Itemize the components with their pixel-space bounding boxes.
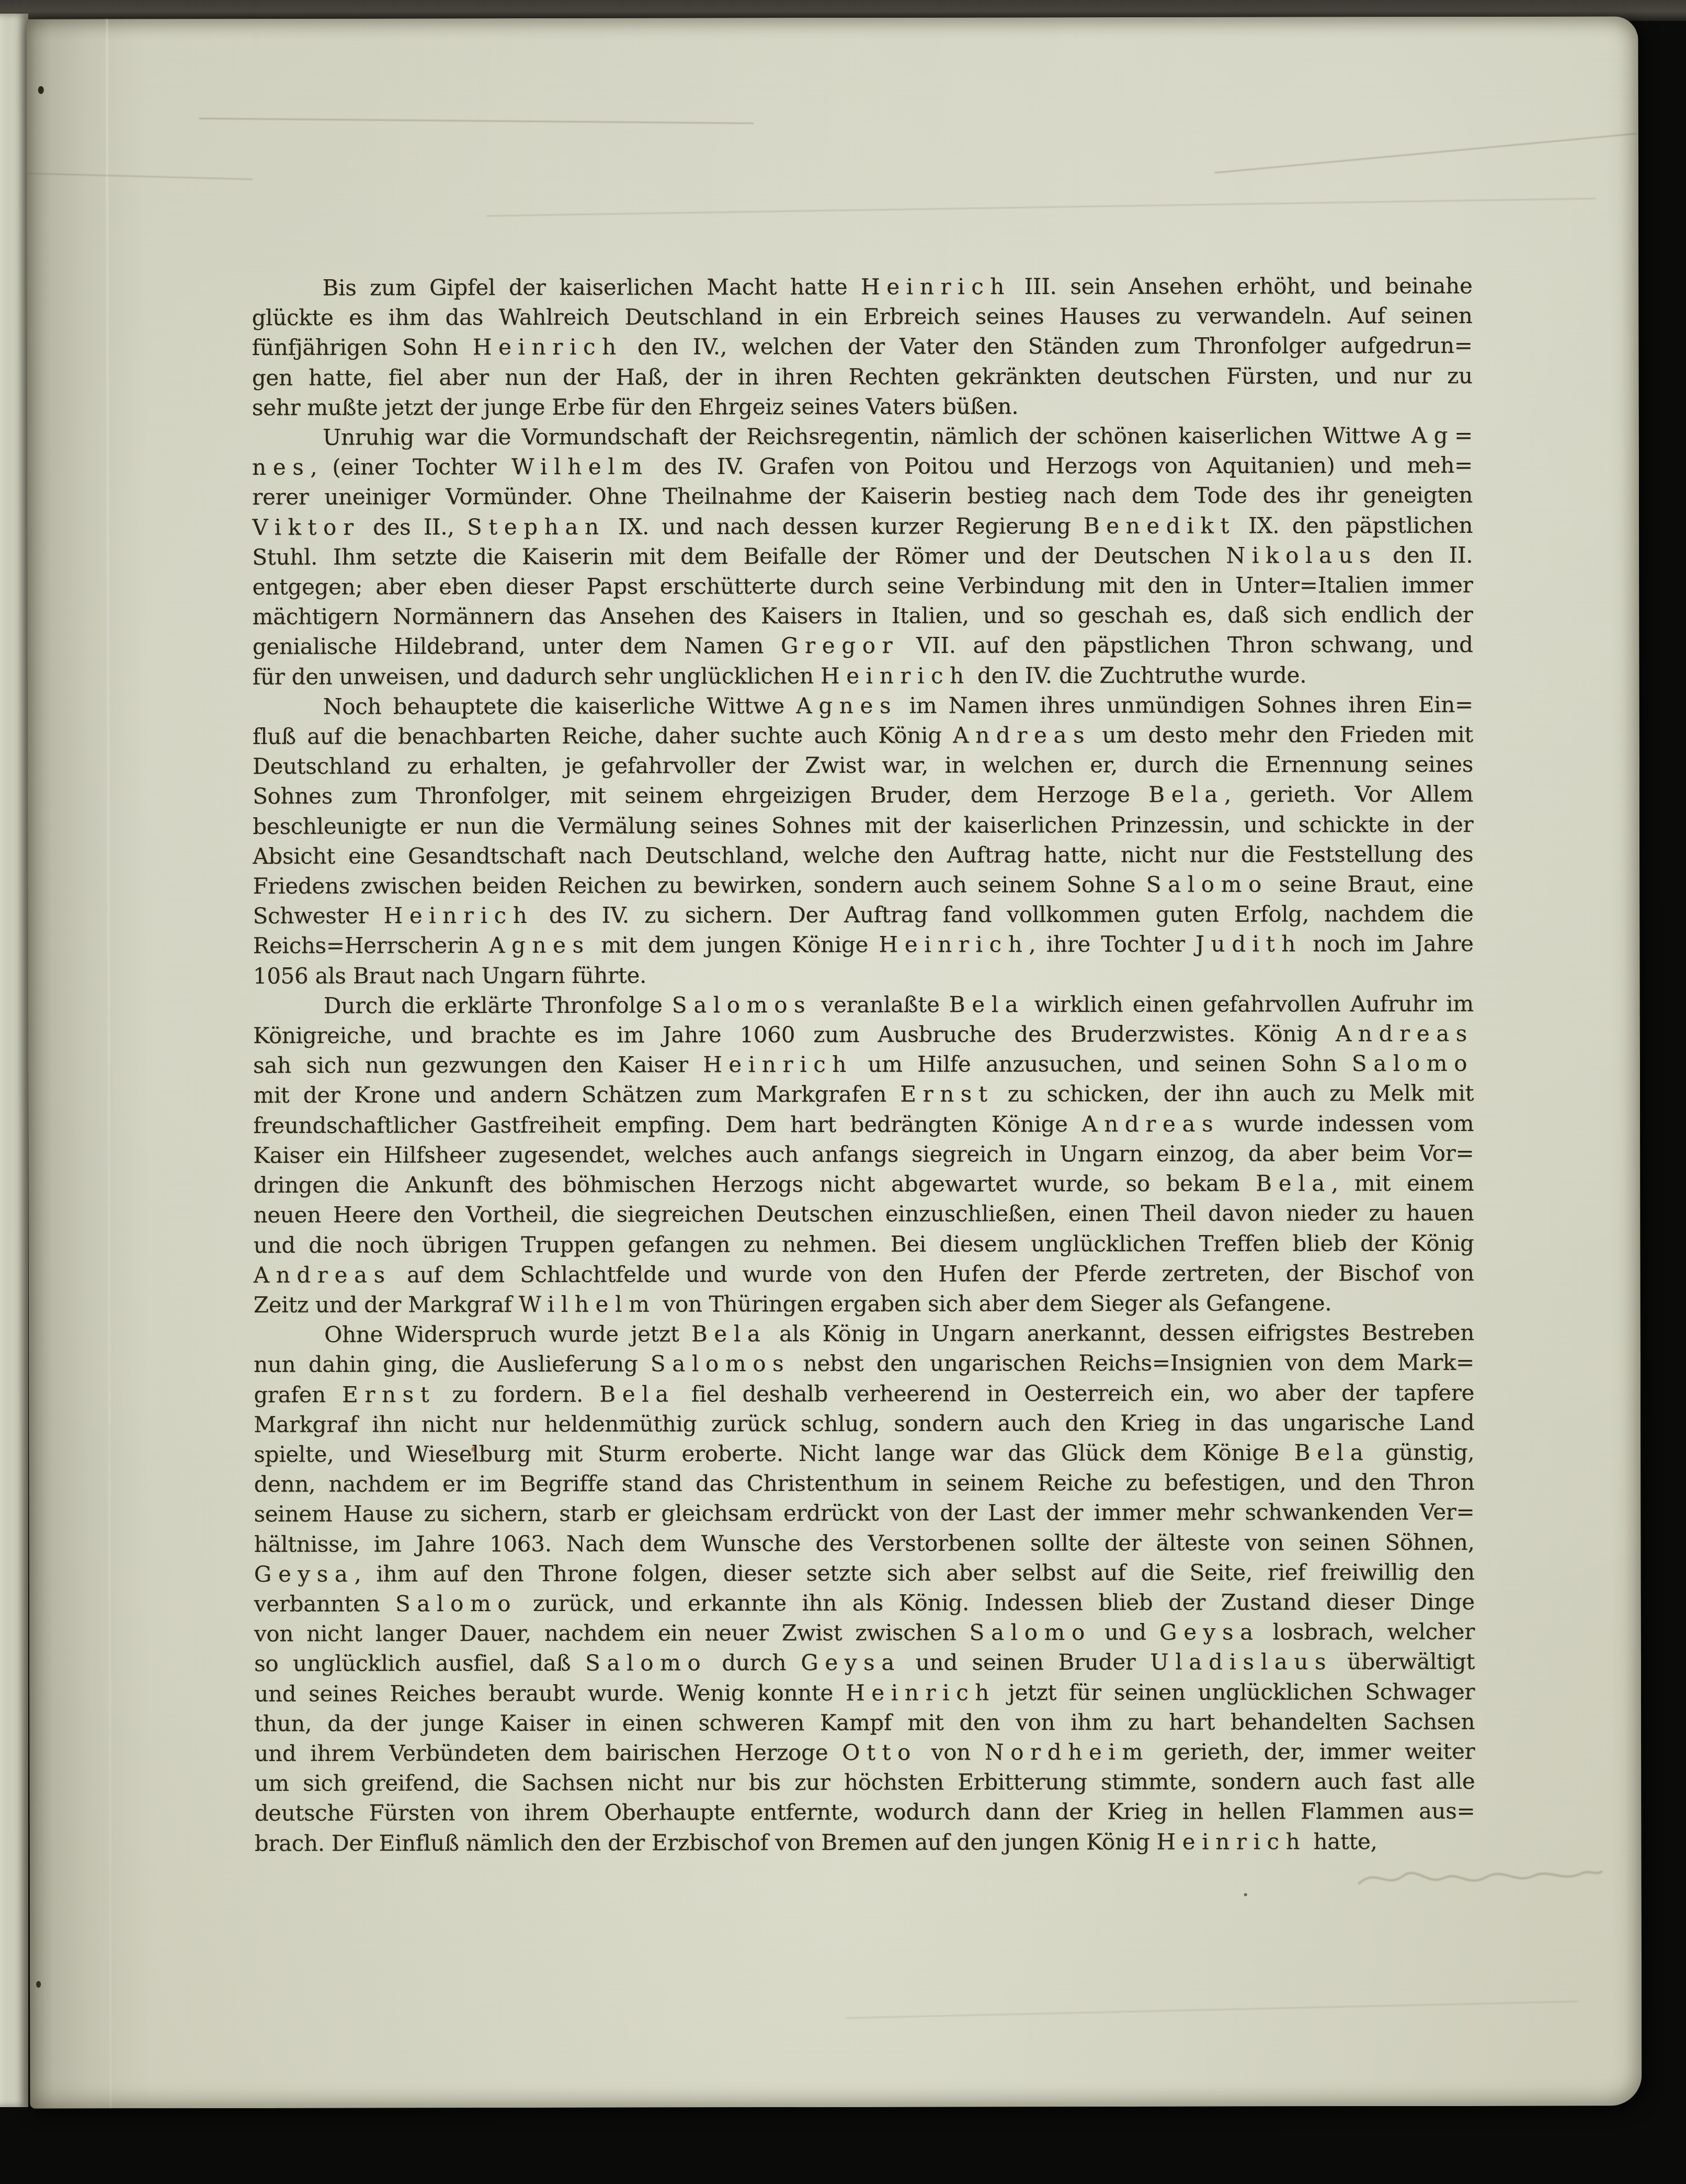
text-line-p2-3: rerer uneiniger Vormünder. Ohne Theilnah… — [252, 480, 1473, 512]
text-line-p5-4: Markgraf ihn nicht nur heldenmüthig zurü… — [254, 1408, 1474, 1439]
text-line-p3-9: Reichs=Herrscherin Agnes mit dem jungen … — [253, 929, 1474, 960]
text-line-p3-10: 1056 als Braut nach Ungarn führte. — [253, 959, 1474, 991]
text-line-p1-2: glückte es ihm das Wahlreich Deutschland… — [252, 301, 1472, 333]
paper-crease — [1215, 133, 1637, 174]
letterspaced-name: Bela — [1148, 782, 1224, 807]
letterspaced-name: Bela — [949, 991, 1025, 1017]
binding-hole-speck — [38, 86, 44, 94]
letterspaced-name: Heinrich — [821, 662, 971, 689]
text-line-p5-12: so unglücklich ausfiel, daß Salomo durch… — [254, 1646, 1475, 1678]
letterspaced-name: Wilhelm — [519, 1291, 656, 1317]
letterspaced-name: Salomo — [970, 1619, 1091, 1645]
letterspaced-name: Geysa — [254, 1561, 355, 1586]
text-line-p4-7: dringen die Ankunft des böhmischen Herzo… — [253, 1168, 1474, 1200]
text-line-p5-18: brach. Der Einfluß nämlich den der Erzbi… — [255, 1826, 1475, 1858]
letterspaced-name: Salomo — [395, 1591, 517, 1616]
binding-hole-speck — [36, 1981, 41, 1988]
letterspaced-name: Agnes — [796, 693, 897, 718]
text-line-p3-5: beschleunigte er nun die Vermälung seine… — [253, 809, 1473, 841]
letterspaced-name: Wilhelm — [511, 454, 649, 479]
paper-crease — [487, 198, 1596, 216]
text-line-p4-11: Zeitz und der Markgraf Wilhelm von Thüri… — [254, 1288, 1474, 1320]
text-line-p1-4: gen hatte, fiel aber nun der Haß, der in… — [252, 360, 1473, 392]
letterspaced-name: Andreas — [953, 722, 1091, 748]
paper-crease — [846, 2001, 1578, 2019]
text-line-p5-15: und ihrem Verbündeten dem bairischen Her… — [254, 1736, 1475, 1768]
text-line-p4-4: mit der Krone und andern Schätzen zum Ma… — [253, 1078, 1474, 1110]
text-line-p5-6: denn, nachdem er im Begriffe stand das C… — [254, 1467, 1474, 1499]
letterspaced-name: Geysa — [801, 1650, 901, 1675]
letterspaced-name: Geysa — [1159, 1619, 1260, 1645]
letterspaced-name: Salomos — [651, 1351, 790, 1376]
text-line-p4-1: Durch die erklärte Thronfolge Salomos ve… — [253, 989, 1474, 1021]
letterspaced-name: Heinrich — [861, 273, 1011, 300]
text-line-p3-2: fluß auf die benachbarten Reiche, daher … — [253, 719, 1473, 751]
letterspaced-name: Heinrich — [846, 1679, 996, 1706]
letterspaced-name: Ernst — [900, 1081, 994, 1107]
letterspaced-name: Viktor — [252, 514, 360, 540]
text-line-p2-7: mächtigern Normännern das Ansehen des Ka… — [252, 600, 1473, 632]
letterspaced-name: Salomo — [585, 1650, 707, 1676]
text-line-p1-5: sehr mußte jetzt der junge Erbe für den … — [252, 391, 1473, 422]
text-line-p3-7: Friedens zwischen beiden Reichen zu bewi… — [253, 869, 1473, 901]
text-line-p2-5: Stuhl. Ihm setzte die Kaiserin mit dem B… — [252, 540, 1473, 572]
text-line-p3-8: Schwester Heinrich des IV. zu sichern. D… — [253, 899, 1473, 931]
text-line-p4-5: freundschaftlicher Gastfreiheit empfing.… — [253, 1108, 1474, 1140]
text-line-p4-2: Königreiche, und brachte es im Jahre 106… — [253, 1019, 1474, 1050]
text-line-p4-3: sah sich nun gezwungen den Kaiser Heinri… — [253, 1048, 1474, 1080]
letterspaced-name: Uladislaus — [1150, 1649, 1332, 1675]
text-line-p2-4: Viktor des II., Stephan IX. und nach des… — [252, 510, 1473, 542]
binding-fold-ridge — [106, 19, 112, 2108]
text-line-p3-1: Noch behauptete die kaiserliche Wittwe A… — [253, 690, 1473, 722]
text-line-p5-9: Geysa, ihm auf den Throne folgen, dieser… — [254, 1557, 1475, 1589]
text-line-p2-1: Unruhig war die Vormundschaft der Reichs… — [252, 420, 1473, 452]
letterspaced-name: Salomo — [1352, 1050, 1474, 1076]
text-line-p4-6: Kaiser ein Hilfsheer zugesendet, welches… — [253, 1138, 1474, 1170]
adjacent-page-edge — [0, 14, 28, 2107]
letterspaced-name: Andreas — [1336, 1021, 1474, 1046]
text-line-p5-5: spielte, und Wieselburg mit Sturm erober… — [254, 1437, 1474, 1469]
letterspaced-name: Andreas — [254, 1262, 392, 1287]
text-line-p5-16: um sich greifend, die Sachsen nicht nur … — [254, 1766, 1475, 1798]
letterspaced-name: Judith — [1195, 931, 1302, 957]
letterspaced-name: nes — [252, 454, 310, 480]
text-line-p5-7: seinem Hause zu sichern, starb er gleich… — [254, 1497, 1474, 1529]
letterspaced-name: Bela — [1256, 1170, 1331, 1196]
letterspaced-name: Benedikt — [1084, 512, 1236, 539]
letterspaced-name: Otto — [842, 1740, 917, 1765]
text-line-p5-13: und seines Reiches beraubt wurde. Wenig … — [254, 1676, 1475, 1708]
letterspaced-name: Ernst — [342, 1381, 436, 1407]
letterspaced-name: Salomos — [672, 992, 812, 1017]
text-line-p2-9: für den unweisen, und dadurch sehr unglü… — [253, 660, 1473, 692]
text-line-p2-2: nes, (einer Tochter Wilhelm des IV. Graf… — [252, 450, 1473, 482]
text-block: Bis zum Gipfel der kaiserlichen Macht ha… — [252, 271, 1475, 1858]
letterspaced-name: Gregor — [781, 633, 899, 658]
text-line-p1-1: Bis zum Gipfel der kaiserlichen Macht ha… — [252, 271, 1472, 303]
letterspaced-name: Agnes — [489, 932, 590, 958]
letterspaced-name: Heinrich — [879, 932, 1029, 958]
text-line-p5-17: deutsche Fürsten von ihrem Oberhaupte en… — [254, 1796, 1475, 1828]
text-line-p5-2: nun dahin ging, die Auslieferung Salomos… — [254, 1347, 1474, 1379]
foxing-spot — [1244, 1893, 1247, 1896]
book-page: Bis zum Gipfel der kaiserlichen Macht ha… — [27, 16, 1642, 2108]
letterspaced-name: Salomo — [1146, 872, 1268, 897]
book-scan: Bis zum Gipfel der kaiserlichen Macht ha… — [0, 0, 1686, 2184]
text-line-p3-6: Absicht eine Gesandtschaft nach Deutschl… — [253, 839, 1473, 871]
letterspaced-name: Bela — [1294, 1439, 1370, 1465]
letterspaced-name: Nordheim — [985, 1739, 1149, 1765]
letterspaced-name: Andreas — [1081, 1111, 1220, 1136]
paper-crease — [199, 118, 754, 124]
text-line-p3-3: Deutschland zu erhalten, je gefahrvoller… — [253, 749, 1473, 781]
text-line-p5-14: thun, da der junge Kaiser in einen schwe… — [254, 1707, 1475, 1739]
text-line-p2-6: entgegen; aber eben dieser Papst erschüt… — [252, 570, 1473, 602]
text-line-p5-10: verbannten Salomo zurück, und erkannte i… — [254, 1587, 1475, 1619]
text-line-p1-3: fünfjährigen Sohn Heinrich den IV., welc… — [252, 330, 1473, 362]
text-line-p5-11: von nicht langer Dauer, nachdem ein neue… — [254, 1617, 1475, 1649]
letterspaced-name: Ag — [1411, 422, 1455, 448]
text-line-p3-4: Sohnes zum Thronfolger, mit seinem ehrge… — [253, 779, 1473, 811]
ink-bleedthrough-marks — [1355, 1858, 1606, 1895]
paper-crease — [28, 173, 253, 180]
text-line-p5-1: Ohne Widerspruch wurde jetzt Bela als Kö… — [254, 1318, 1474, 1350]
text-line-p5-8: hältnisse, im Jahre 1063. Nach dem Wunsc… — [254, 1527, 1475, 1559]
text-line-p2-8: genialische Hildebrand, unter dem Namen … — [253, 630, 1473, 661]
letterspaced-name: Nikolaus — [1226, 542, 1377, 568]
text-line-p5-3: grafen Ernst zu fordern. Bela fiel desha… — [254, 1377, 1474, 1409]
text-line-p4-8: neuen Heere den Vortheil, die siegreiche… — [253, 1198, 1474, 1230]
letterspaced-name: Heinrich — [473, 334, 623, 360]
letterspaced-name: Bela — [691, 1321, 767, 1346]
letterspaced-name: Heinrich — [383, 902, 533, 929]
letterspaced-name: Stephan — [467, 513, 606, 539]
text-line-p4-10: Andreas auf dem Schlachtfelde und wurde … — [254, 1258, 1474, 1290]
letterspaced-name: Heinrich — [703, 1051, 853, 1078]
letterspaced-name: Heinrich — [1156, 1828, 1306, 1855]
letterspaced-name: Bela — [599, 1381, 675, 1407]
text-line-p4-9: und die noch übrigen Truppen gefangen zu… — [254, 1228, 1474, 1260]
